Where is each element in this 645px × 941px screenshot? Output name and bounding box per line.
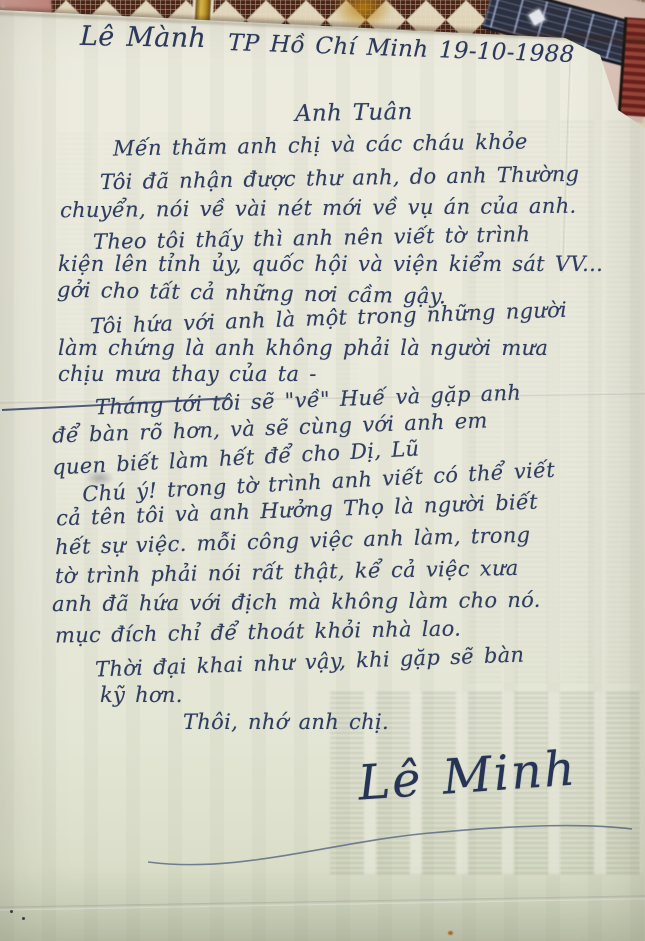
handwritten-line: chịu mưa thay của ta -: [58, 362, 317, 386]
pen-dot: [10, 910, 13, 913]
rust-speck: [448, 931, 453, 935]
photo-of-handwritten-letter: Lê Mành TP Hồ Chí Minh 19-10-1988 Anh Tu…: [0, 0, 645, 941]
trim-flower-motif: [529, 9, 545, 25]
pen-dot: [22, 917, 25, 920]
handwritten-line: làm chứng là anh không phải là người mưa: [58, 336, 548, 360]
handwritten-line: kiện lên tỉnh ủy, quốc hội và viện kiểm …: [58, 252, 603, 276]
handwritten-line: Thời đại khai như vậy, khi gặp sẽ bàn: [95, 643, 525, 682]
handwritten-sender-name: Lê Mành: [80, 21, 207, 54]
handwritten-line: kỹ hơn.: [100, 683, 183, 707]
handwritten-line: chuyển, nói về vài nét mới về vụ án của …: [60, 194, 577, 223]
letter-paper: Lê Mành TP Hồ Chí Minh 19-10-1988 Anh Tu…: [0, 0, 645, 941]
handwritten-salutation: Anh Tuân: [295, 99, 413, 127]
handwritten-line: anh đã hứa với địch mà không làm cho nó.: [52, 588, 541, 616]
handwritten-closing: Thôi, nhớ anh chị.: [183, 710, 389, 734]
fold-crease: [0, 895, 645, 910]
